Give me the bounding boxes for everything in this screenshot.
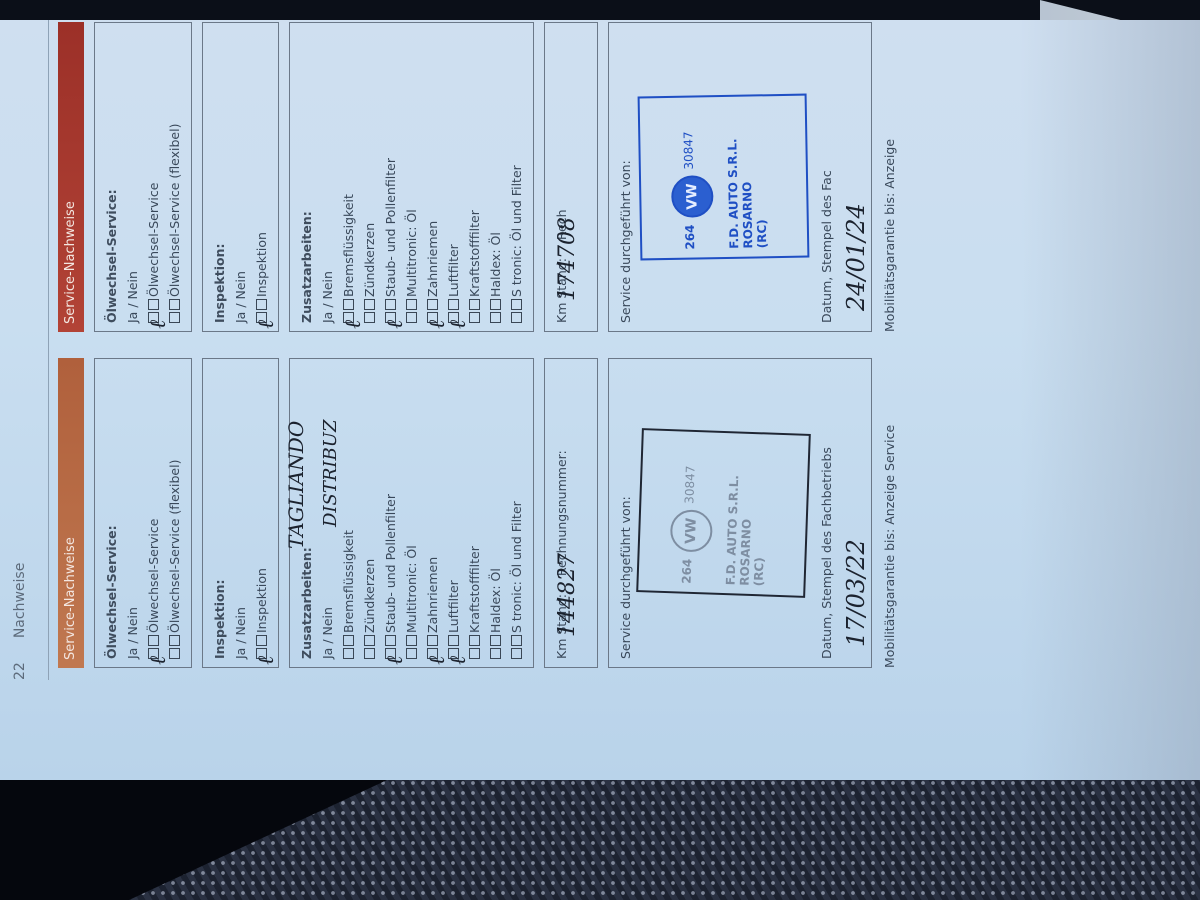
extra-option[interactable]: Luftfilter xyxy=(443,31,464,323)
extra-option[interactable]: S tronic: Öl und Filter xyxy=(506,367,527,659)
extras-box: Zusatzarbeiten: Ja / Nein Bremsflüssigke… xyxy=(289,22,534,332)
date-label: Datum, Stempel des Fac xyxy=(816,170,837,323)
page-header: 22 Nachweise xyxy=(0,20,40,680)
yes-no-label: Ja / Nein xyxy=(230,367,251,659)
oil-option[interactable]: Ölwechsel-Service xyxy=(143,367,164,659)
oil-title: Ölwechsel-Service: xyxy=(101,31,122,323)
extra-option[interactable]: Staub- und Pollenfilter xyxy=(380,31,401,323)
service-booklet-page: 22 Nachweise Service-Nachweise Ölwechsel… xyxy=(0,20,1200,780)
extra-option[interactable]: S tronic: Öl und Filter xyxy=(506,31,527,323)
km-box: Km Stand: Rech 174708 xyxy=(544,22,598,332)
extra-option[interactable]: Kraftstofffilter xyxy=(464,31,485,323)
record-banner: Service-Nachweise xyxy=(58,358,84,668)
extra-option[interactable]: Kraftstofffilter xyxy=(464,367,485,659)
extra-option[interactable]: Haldex: Öl xyxy=(485,31,506,323)
inspection-title: Inspektion: xyxy=(209,367,230,659)
handwritten-check-icon: ℓ xyxy=(257,656,277,665)
km-value: 144827 xyxy=(557,553,578,637)
extras-title: Zusatzarbeiten: xyxy=(296,31,317,323)
service-record-2: Service-Nachweise Ölwechsel-Service: Ja … xyxy=(58,22,897,332)
extra-option[interactable]: Staub- und Pollenfilter xyxy=(380,367,401,659)
service-by-box: Service durchgeführt von: 264 VW 30847 F… xyxy=(608,358,872,668)
dealer-stamp: 264 VW 30847 F.D. AUTO S.R.L. ROSARNO (R… xyxy=(638,94,810,261)
oil-service-box: Ölwechsel-Service: Ja / Nein Ölwechsel-S… xyxy=(94,358,192,668)
mobility-label: Mobilitätsgarantie bis: Anzeige Service xyxy=(882,358,897,668)
oil-option[interactable]: Ölwechsel-Service (flexibel) xyxy=(164,31,185,323)
handwritten-check-icon: ℓ xyxy=(257,320,277,329)
service-record-1: Service-Nachweise Ölwechsel-Service: Ja … xyxy=(58,358,897,668)
yes-no-label: Ja / Nein xyxy=(122,367,143,659)
record-banner: Service-Nachweise xyxy=(58,22,84,332)
vw-logo-icon: VW xyxy=(670,509,713,552)
service-by-box: Service durchgeführt von: 264 VW 30847 F… xyxy=(608,22,872,332)
extra-option[interactable]: Haldex: Öl xyxy=(485,367,506,659)
header-divider xyxy=(48,20,49,680)
extras-box: Zusatzarbeiten: TAGLIANDO DISTRIBUZ Ja /… xyxy=(289,358,534,668)
oil-option[interactable]: Ölwechsel-Service xyxy=(143,31,164,323)
extra-option[interactable]: Luftfilter xyxy=(443,367,464,659)
inspection-title: Inspektion: xyxy=(209,31,230,323)
extra-option[interactable]: Zündkerzen xyxy=(359,31,380,323)
handwritten-check-icon: ℓ xyxy=(149,656,169,665)
page-number: 22 xyxy=(12,662,28,680)
date-value: 24/01/24 xyxy=(846,203,867,311)
yes-no-label: Ja / Nein xyxy=(317,31,338,323)
extra-option[interactable]: Bremsflüssigkeit xyxy=(338,31,359,323)
service-by-label: Service durchgeführt von: xyxy=(615,367,636,659)
handwritten-check-icon: ℓ xyxy=(149,320,169,329)
extra-option[interactable]: Bremsflüssigkeit xyxy=(338,367,359,659)
service-by-label: Service durchgeführt von: xyxy=(615,31,636,323)
km-value: 174708 xyxy=(557,217,578,301)
date-label: Datum, Stempel des Fachbetriebs xyxy=(816,447,837,659)
extra-option[interactable]: Multitronic: Öl xyxy=(401,31,422,323)
dealer-stamp: 264 VW 30847 F.D. AUTO S.R.L. ROSARNO (R… xyxy=(636,428,811,598)
inspection-option[interactable]: Inspektion xyxy=(251,31,272,323)
vw-logo-icon: VW xyxy=(671,175,714,218)
inspection-option[interactable]: Inspektion xyxy=(251,367,272,659)
extra-option[interactable]: Zahnriemen xyxy=(422,31,443,323)
inspection-box: Inspektion: Ja / Nein Inspektion ℓ xyxy=(202,358,279,668)
mobility-label: Mobilitätsgarantie bis: Anzeige xyxy=(882,22,897,332)
section-title: Nachweise xyxy=(12,563,28,638)
date-value: 17/03/22 xyxy=(846,539,867,647)
oil-service-box: Ölwechsel-Service: Ja / Nein Ölwechsel-S… xyxy=(94,22,192,332)
oil-option[interactable]: Ölwechsel-Service (flexibel) xyxy=(164,367,185,659)
extra-option[interactable]: Multitronic: Öl xyxy=(401,367,422,659)
yes-no-label: Ja / Nein xyxy=(122,31,143,323)
oil-title: Ölwechsel-Service: xyxy=(101,367,122,659)
handwritten-note: DISTRIBUZ xyxy=(320,420,341,527)
yes-no-label: Ja / Nein xyxy=(230,31,251,323)
handwritten-note: TAGLIANDO xyxy=(286,421,307,549)
extra-option[interactable]: Zahnriemen xyxy=(422,367,443,659)
km-box: Km Stand: Rechnungsnummer: 144827 xyxy=(544,358,598,668)
extra-option[interactable]: Zündkerzen xyxy=(359,367,380,659)
inspection-box: Inspektion: Ja / Nein Inspektion ℓ xyxy=(202,22,279,332)
